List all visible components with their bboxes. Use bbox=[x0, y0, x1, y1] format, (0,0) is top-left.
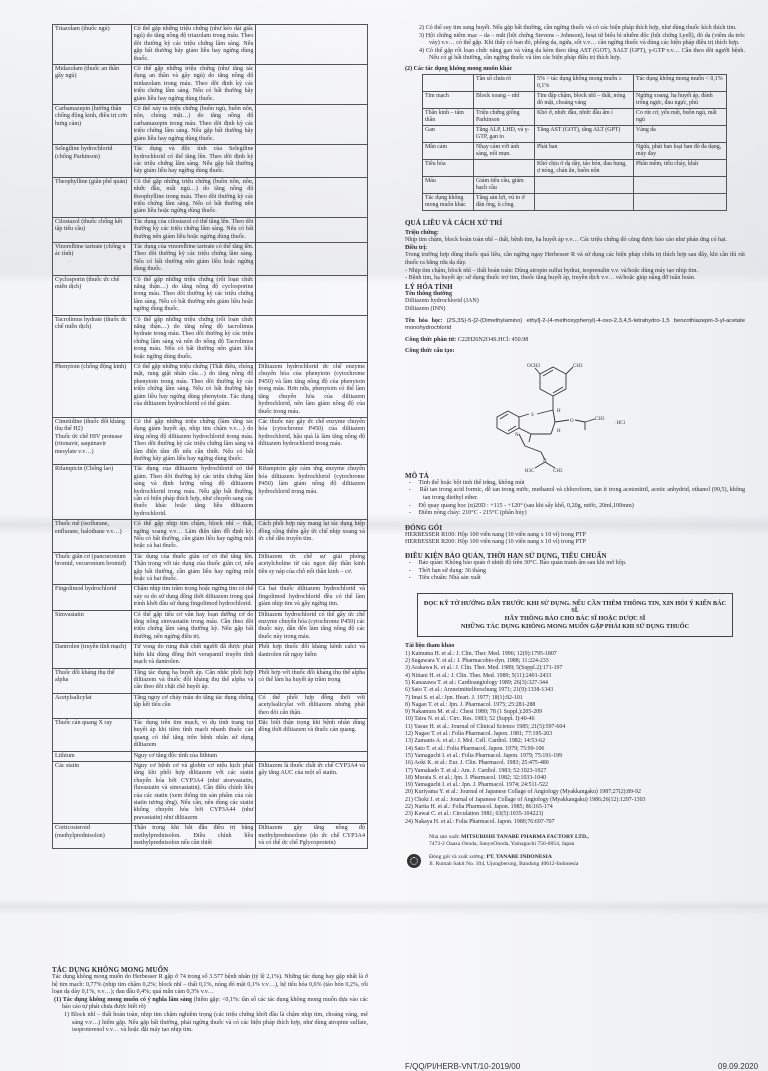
reference-item: 6) Sato T. et al.: Arzneimittelforschung… bbox=[405, 687, 745, 694]
packer-info: Đóng gói và xuất xưởng: PT. TANABE INDON… bbox=[407, 854, 745, 868]
label-hcl: ·HCl bbox=[615, 421, 626, 426]
effect-cell: Có thể gặp nhịp tim chậm, block nhĩ – th… bbox=[131, 520, 256, 553]
effect-cell: Tác dụng của thuốc giãn cơ có thể tăng l… bbox=[131, 552, 256, 585]
mechanism-cell: Các thuốc này gây ức chế enzyme chuyển h… bbox=[256, 417, 368, 464]
tanabe-logo-icon bbox=[407, 854, 421, 868]
mechanism-cell: Phối hợp thuốc đối kháng kênh calci và d… bbox=[256, 643, 368, 668]
ae-system-cell: Mẫn cảm bbox=[423, 142, 474, 159]
ae-value-cell bbox=[474, 159, 535, 176]
effect-cell: Thận trọng khi bắt đầu điều trị bằng met… bbox=[131, 824, 256, 849]
bullet-dash: - bbox=[409, 510, 419, 516]
symptoms-text: Nhịp tim chậm, block hoàn toàn nhĩ – thấ… bbox=[405, 237, 745, 245]
ae-value-cell bbox=[634, 193, 727, 210]
ae-row: Tác dụng không mong muốn khácTăng sản lợ… bbox=[423, 193, 727, 210]
packaging-title: ĐÓNG GÓI bbox=[405, 524, 745, 532]
packaging-r200: HERBESSER R200: Hộp 100 viên nang (10 vi… bbox=[405, 539, 745, 547]
description-item: - Rất tan trong acid formic, dễ tan tron… bbox=[405, 487, 745, 502]
drug-cell: Thuốc mê (isoflurane, enflurane, halotha… bbox=[53, 520, 132, 553]
right-column: 2) Có thể suy tim sung huyết. Nếu gặp bấ… bbox=[405, 0, 745, 868]
bullet-dash: - bbox=[409, 575, 419, 581]
interaction-row: Cimetidine (thuốc đối kháng thụ thể H2) … bbox=[53, 417, 368, 464]
ae-value-cell: Khó ở, nhức đầu, nhức đầu âm ỉ bbox=[535, 108, 634, 125]
description-section: MÔ TẢ - Tinh thể hoặc bột tinh thể trắng… bbox=[405, 472, 745, 518]
storage-item-text: Tiêu chuẩn: Nhà sản xuất bbox=[419, 575, 481, 581]
reference-item: 7) Imai S. et al.: Jpn. Heart. J. 1977; … bbox=[405, 695, 745, 702]
molecular-formula: Công thức phân tử: C22H26N2O4S.HCl: 450.… bbox=[405, 337, 745, 345]
treatment-bullet-1: - Nhịp tim chậm, block nhĩ – thất hoàn t… bbox=[405, 268, 745, 276]
bullet-dash: - bbox=[409, 503, 419, 509]
mechanism-cell bbox=[256, 751, 368, 761]
effect-cell: Có thể gặp những triệu chứng (buồn nôn, … bbox=[131, 177, 256, 217]
interaction-row: Thuốc mê (isoflurane, enflurane, halotha… bbox=[53, 520, 368, 553]
common-name-1: Diltiazem hydrochlorid (JAN) bbox=[405, 298, 745, 306]
structural-formula-diagram: OCH3 CH3 S H H O CH3 ·HCl N N H3C CH3 bbox=[485, 362, 655, 472]
clinical-effects-heading: (1) Tác dụng không mong muốn có ý nghĩa … bbox=[52, 997, 368, 1012]
interaction-row: Rifampicin (Chống lao)Tác dụng của dilti… bbox=[53, 465, 368, 520]
effect-cell: Tác dụng của diltiazem hydrochlorid có t… bbox=[131, 465, 256, 520]
manufacturer-info: Nhà sản xuất: MITSUBISHI TANABE PHARMA F… bbox=[429, 834, 745, 848]
notice-line-1: ĐỌC KỸ TỜ HƯỚNG DẪN TRƯỚC KHI SỬ DỤNG. N… bbox=[422, 600, 728, 615]
drug-cell: Corticosteroid (methylprednisolon) bbox=[53, 824, 132, 849]
interaction-row: Cilostazol (thuốc chống kết tập tiểu cầu… bbox=[53, 217, 368, 242]
drug-cell: Fingolimod hydrochlorid bbox=[53, 585, 132, 610]
ae-value-cell: Tăng sản lợi, vú to ở đàn ông, ù công bbox=[474, 193, 535, 210]
interaction-row: Phenytoin (chống động kinh)Có thể gặp nh… bbox=[53, 363, 368, 418]
maker-label: Nhà sản xuất: bbox=[429, 834, 460, 840]
mechanism-cell bbox=[256, 65, 368, 105]
ae-system-cell: Tim mạch bbox=[423, 91, 474, 108]
treatment-text: Trong trường hợp dùng thuốc quá liều, cầ… bbox=[405, 252, 745, 267]
reference-item: 17) Yamakado T. et al.: Am. J. Cardiol. … bbox=[405, 768, 745, 775]
mechanism-cell: Đặc biệt thận trọng khi bệnh nhân dùng đ… bbox=[256, 718, 368, 751]
effect-cell: Tác dụng và độc tính của Selegiline hydr… bbox=[131, 145, 256, 178]
ae-system-cell: Tác dụng không mong muốn khác bbox=[423, 193, 474, 210]
effect-cell: Chậm nhịp tim trầm trọng hoặc ngừng tim … bbox=[131, 585, 256, 610]
ae-value-cell bbox=[535, 176, 634, 193]
mechanism-cell: Diltiazem hydrochlorid có thể gây ức chế… bbox=[256, 610, 368, 643]
document-date: 09.09.2020 bbox=[718, 1062, 758, 1071]
clinical-item-3: 3) Hội chứng niêm mạc – da – mắt (hội ch… bbox=[417, 33, 745, 48]
description-item-text: Tinh thể hoặc bột tinh thể trắng, không … bbox=[419, 480, 525, 486]
label-n-amine: N bbox=[543, 459, 547, 464]
adverse-effects-intro: Tác dụng không mong muốn do Herbesser R … bbox=[52, 974, 368, 997]
packaging-section: ĐÓNG GÓI HERBESSER R100: Hộp 100 viên na… bbox=[405, 524, 745, 547]
drug-cell: Dantrolen (truyền tĩnh mạch) bbox=[53, 643, 132, 668]
drug-cell: Theophylline (giãn phế quản) bbox=[53, 177, 132, 217]
overdose-title: QUÁ LIỀU VÀ CÁCH XỬ TRÍ bbox=[405, 219, 745, 227]
interaction-row: Corticosteroid (methylprednisolon)Thận t… bbox=[53, 824, 368, 849]
packer-address: Jl. Rumah Sakit No. 104, Ujungberung, Ba… bbox=[429, 861, 578, 868]
ae-value-cell: Giảm tiểu cầu, giảm bạch cầu bbox=[474, 176, 535, 193]
clinical-item-1: 1) Block nhĩ – thất hoàn toàn, nhịp tim … bbox=[52, 1012, 368, 1035]
structure-label: Công thức cấu tạo: bbox=[405, 348, 745, 356]
ae-header-cell: 5% > tác dụng không mong muốn ≥ 0,1% bbox=[535, 74, 634, 91]
mechanism-cell bbox=[256, 177, 368, 217]
mechanism-cell: Cả hai thuốc diltiazem hydrochlorid và f… bbox=[256, 585, 368, 610]
ae-header-cell bbox=[423, 74, 474, 91]
interaction-row: Dantrolen (truyền tĩnh mạch)Tử vong do r… bbox=[53, 643, 368, 668]
chem-name-value: (2S,3S)-5-[2-(Dimethylamino) ethyl]-2-(4… bbox=[405, 318, 745, 332]
storage-item: - Bảo quản: Không bảo quản ở nhiệt độ tr… bbox=[405, 560, 745, 568]
interaction-row: Carbamazepin (hướng thần chống động kinh… bbox=[53, 105, 368, 145]
label-och3: OCH3 bbox=[527, 364, 541, 369]
packer-name: PT. TANABE INDONESIA bbox=[486, 854, 551, 860]
interaction-row: Tacrolimus hydrate (thuốc ức chế miễn dị… bbox=[53, 315, 368, 362]
references-section: Tài liệu tham khảo 1) Kainuma H. et al.:… bbox=[405, 643, 745, 826]
drug-cell: Cimetidine (thuốc đối kháng thụ thể H2) … bbox=[53, 417, 132, 464]
mechanism-cell: Có thể phối hợp đồng thời với acetylsali… bbox=[256, 693, 368, 718]
ae-value-cell: Tăng AST (GOT), tăng ALT (GPT) bbox=[535, 125, 634, 142]
reference-item: 16) Aoki K. et al.: Eur. J. Clin. Pharma… bbox=[405, 760, 745, 767]
ae-row: Mẫn cảmNhạy cảm với ánh sáng, nổi mụn.Ph… bbox=[423, 142, 727, 159]
effect-cell: Có thể xảy ra triệu chứng (buồn ngủ, buồ… bbox=[131, 105, 256, 145]
ae-value-cell: Ngứa, phát ban loại ban đỏ đa dạng, mày … bbox=[634, 142, 727, 159]
effect-cell: Có thể gặp tiêu cơ vân hay loạn dưỡng cơ… bbox=[131, 610, 256, 643]
ae-value-cell: Phân mềm, tiêu chảy, khát bbox=[634, 159, 727, 176]
label-h1: H bbox=[557, 409, 561, 414]
mechanism-cell: Diltiazem là thuốc chất ức chế CYP3A4 và… bbox=[256, 761, 368, 823]
effect-cell: Có thể gặp những triệu chứng (như kéo dà… bbox=[131, 25, 256, 65]
bullet-dash: - bbox=[409, 480, 419, 486]
notice-line-2: HÃY THÔNG BÁO CHO BÁC SĨ HOẶC DƯỢC SĨ bbox=[422, 615, 728, 623]
label-s: S bbox=[531, 413, 534, 418]
clinical-items-list: 2) Có thể suy tim sung huyết. Nếu gặp bấ… bbox=[405, 25, 745, 63]
ae-value-cell: Tăng ALP, LHD, và γ-GTP, gan to bbox=[474, 125, 535, 142]
ae-value-cell bbox=[634, 176, 727, 193]
reference-item: 10) Taira N. et al.: Circ. Res. 1983; 52… bbox=[405, 716, 745, 723]
drug-cell: Cilostazol (thuốc chống kết tập tiểu cầu… bbox=[53, 217, 132, 242]
reference-item: 14) Sato T. et al.: Folia Pharmacol. Jap… bbox=[405, 746, 745, 753]
reference-item: 4) Niitani H. et al.: J. Clin. Ther. Med… bbox=[405, 673, 745, 680]
drug-cell: Lithium bbox=[53, 751, 132, 761]
reference-item: 23) Kawai C. et al.: Circulation 1981; 6… bbox=[405, 811, 745, 818]
label-n-ring: N bbox=[515, 433, 519, 438]
effect-cell: Tăng nguy cơ chảy máu do tăng tác dụng c… bbox=[131, 693, 256, 718]
interaction-row: Triazolam (thuốc ngủ)Có thể gặp những tr… bbox=[53, 25, 368, 65]
ae-row: Tim mạchBlock xoang – nhĩTim đập chậm, b… bbox=[423, 91, 727, 108]
drug-cell: Vinorelbine tartrate (chống u ác tính) bbox=[53, 242, 132, 275]
storage-title: ĐIỀU KIỆN BẢO QUẢN, THỜI HẠN SỬ DỤNG, TI… bbox=[405, 552, 745, 560]
description-title: MÔ TẢ bbox=[405, 472, 745, 480]
ae-header-row: Tần số chưa rõ5% > tác dụng không mong m… bbox=[423, 74, 727, 91]
packer-line: Đóng gói và xuất xưởng: PT. TANABE INDON… bbox=[429, 854, 578, 861]
references-list: 1) Kainuma H. et al.: J. Clin. Ther. Med… bbox=[405, 651, 745, 826]
mechanism-cell bbox=[256, 145, 368, 178]
label-ch3-bottom: CH3 bbox=[553, 469, 563, 472]
maker-name: MITSUBISHI TANABE PHARMA FACTORY LTD., bbox=[461, 834, 589, 840]
effect-cell: Nguy cơ bệnh cơ và globin cơ niệu kịch p… bbox=[131, 761, 256, 823]
drug-interaction-table: Triazolam (thuốc ngủ)Có thể gặp những tr… bbox=[52, 24, 368, 849]
ae-header-cell: Tần số chưa rõ bbox=[474, 74, 535, 91]
clinical-item-4: 4) Có thể gặp rối loạn chức năng gan và … bbox=[417, 48, 745, 63]
mechanism-cell: Diltiazem ức chế sự giải phóng acetylcho… bbox=[256, 552, 368, 585]
interaction-row: Theophylline (giãn phế quản)Có thể gặp n… bbox=[53, 177, 368, 217]
drug-cell: Triazolam (thuốc ngủ) bbox=[53, 25, 132, 65]
clinical-heading-text: (1) Tác dụng không mong muốn có ý nghĩa … bbox=[54, 997, 192, 1003]
document-code: F/QQ/PI/HERB-VNT/10-2019/00 bbox=[405, 1062, 520, 1071]
references-title: Tài liệu tham khảo bbox=[405, 643, 745, 651]
drug-cell: Simvastatin bbox=[53, 610, 132, 643]
packer-label: Đóng gói và xuất xưởng: bbox=[429, 854, 485, 860]
ae-value-cell: Vàng da bbox=[634, 125, 727, 142]
ae-value-cell: Ngừng xoang, hạ huyết áp, đánh trống ngự… bbox=[634, 91, 727, 108]
adverse-effects-title: TÁC DỤNG KHÔNG MONG MUỐN bbox=[52, 966, 368, 974]
reference-item: 13) Zamanis A. et al.: J. Mol. Cell. Car… bbox=[405, 738, 745, 745]
bullet-dash: - bbox=[409, 560, 419, 566]
reference-item: 24) Nakaya H. et al.: Folia Pharmacol. J… bbox=[405, 819, 745, 826]
ae-system-cell: Thần kinh – tâm thần bbox=[423, 108, 474, 125]
mechanism-cell bbox=[256, 242, 368, 275]
effect-cell: Tăng tác dụng hạ huyết áp. Cân nhắc phối… bbox=[131, 668, 256, 693]
mechanism-cell bbox=[256, 105, 368, 145]
mechanism-cell bbox=[256, 25, 368, 65]
effect-cell: Có thể gặp những triệu chứng (rối loạn c… bbox=[131, 275, 256, 315]
bullet-dash: - bbox=[409, 568, 419, 574]
description-item-text: Độ quay quang học (α)20D : +115 - +120° … bbox=[419, 503, 634, 509]
ae-value-cell: Block xoang – nhĩ bbox=[474, 91, 535, 108]
ae-system-cell: Máu bbox=[423, 176, 474, 193]
effect-cell: Tác dụng của cilostazol có thể tăng lên.… bbox=[131, 217, 256, 242]
reference-item: 21) Choki J. et al.: Journal of Japanese… bbox=[405, 797, 745, 804]
reference-item: 20) Kuriyama Y. et al.: Journal of Japan… bbox=[405, 789, 745, 796]
storage-item-text: Thời hạn sử dụng: 36 tháng bbox=[419, 568, 486, 574]
label-h2: H bbox=[557, 429, 561, 434]
clinical-item-2: 2) Có thể suy tim sung huyết. Nếu gặp bấ… bbox=[417, 25, 745, 33]
drug-cell: Các statin bbox=[53, 761, 132, 823]
drug-cell: Acetylsalicylat bbox=[53, 693, 132, 718]
ae-row: GanTăng ALP, LHD, và γ-GTP, gan toTăng A… bbox=[423, 125, 727, 142]
ae-value-cell: Phát ban bbox=[535, 142, 634, 159]
label-ch3-top: CH3 bbox=[573, 364, 583, 369]
mechanism-cell: Rifampicin gây cảm ứng enzyme chuyển hóa… bbox=[256, 465, 368, 520]
ae-value-cell: Co rút cơ, yếu mệt, buồn ngủ, mất ngủ bbox=[634, 108, 727, 125]
bullet-dash: - bbox=[409, 487, 420, 493]
interaction-row: Selegiline hydrochlorid (chống Parkinson… bbox=[53, 145, 368, 178]
formula-label: Công thức phân tử: bbox=[405, 337, 456, 343]
drug-cell: Carbamazepin (hướng thần chống động kinh… bbox=[53, 105, 132, 145]
interaction-row: Thuốc giãn cơ (pancuronium bromid, vecur… bbox=[53, 552, 368, 585]
drug-cell: Thuốc giãn cơ (pancuronium bromid, vecur… bbox=[53, 552, 132, 585]
mechanism-cell: Diltiazem hydrochlorid ức chế enzyme chu… bbox=[256, 363, 368, 418]
reference-item: 1) Kainuma H. et al.: J. Clin. Ther. Med… bbox=[405, 651, 745, 658]
interaction-row: AcetylsalicylatTăng nguy cơ chảy máu do … bbox=[53, 693, 368, 718]
ae-value-cell bbox=[535, 193, 634, 210]
label-h3c: H3C bbox=[525, 469, 535, 472]
effect-cell: Có thể gặp những triệu chứng (như tăng t… bbox=[131, 65, 256, 105]
interaction-row: LithiumNguy cơ tăng độc tính của lithium bbox=[53, 751, 368, 761]
reference-item: 3) Arakawa K. et al.: J. Clin. Ther. Med… bbox=[405, 665, 745, 672]
manufacturer-line: Nhà sản xuất: MITSUBISHI TANABE PHARMA F… bbox=[429, 834, 745, 841]
other-adverse-effects-table: Tần số chưa rõ5% > tác dụng không mong m… bbox=[422, 74, 727, 211]
reference-item: 11) Yasue H. et al.: Journal of Clinical… bbox=[405, 724, 745, 731]
label-o: O bbox=[570, 419, 574, 424]
effect-cell: Có thể gặp những triệu chứng (Thất điều,… bbox=[131, 363, 256, 418]
ae-system-cell: Gan bbox=[423, 125, 474, 142]
storage-item: - Tiêu chuẩn: Nhà sản xuất bbox=[405, 575, 745, 583]
formula-value: C22H26N2O4S.HCl: 450.98 bbox=[458, 337, 529, 343]
interaction-row: Cyclosporin (thuốc ức chế miễn dịch)Có t… bbox=[53, 275, 368, 315]
interaction-row: Midazolam (thuốc an thần gây ngủ)Có thể … bbox=[53, 65, 368, 105]
treatment-bullet-2: - Bệnh tim, hạ huyết áp: sử dụng thuốc t… bbox=[405, 275, 745, 283]
effect-cell: Tác dụng của vinorelbine tartrate có thể… bbox=[131, 242, 256, 275]
chemical-name: Tên hóa học: (2S,3S)-5-[2-(Dimethylamino… bbox=[405, 318, 745, 333]
effect-cell: Tử vong do rung thất chết người đã được … bbox=[131, 643, 256, 668]
mechanism-cell bbox=[256, 217, 368, 242]
ae-value-cell: Triệu chứng giống Parkinson bbox=[474, 108, 535, 125]
ae-value-cell: Nhạy cảm với ánh sáng, nổi mụn. bbox=[474, 142, 535, 159]
drug-cell: Phenytoin (chống động kinh) bbox=[53, 363, 132, 418]
drug-cell: Rifampicin (Chống lao) bbox=[53, 465, 132, 520]
storage-item-text: Bảo quản: Không bảo quản ở nhiệt độ trên… bbox=[419, 560, 627, 566]
physchem-section: LÝ HÓA TÍNH Tên thông thường Diltiazem h… bbox=[405, 283, 745, 472]
description-item-text: Rất tan trong acid formic, dễ tan trong … bbox=[420, 487, 745, 501]
ae-system-cell: Tiêu hóa bbox=[423, 159, 474, 176]
ae-header-cell: Tác dụng không mong muốn < 0,1% bbox=[634, 74, 727, 91]
interaction-row: Fingolimod hydrochloridChậm nhịp tim trầ… bbox=[53, 585, 368, 610]
ae-row: Thần kinh – tâm thầnTriệu chứng giống Pa… bbox=[423, 108, 727, 125]
mechanism-cell bbox=[256, 275, 368, 315]
overdose-section: QUÁ LIỀU VÀ CÁCH XỬ TRÍ Triệu chứng: Nhị… bbox=[405, 219, 745, 283]
ae-value-cell: Khó chịu ở dạ dày, táo bón, đau bụng, ợ … bbox=[535, 159, 634, 176]
effect-cell: Có thể gặp những triệu chứng (rối loạn c… bbox=[131, 315, 256, 362]
notice-line-3: NHỮNG TÁC DỤNG KHÔNG MONG MUỐN GẶP PHẢI … bbox=[422, 623, 728, 631]
adverse-effects-section: TÁC DỤNG KHÔNG MONG MUỐN Tác dụng không … bbox=[52, 966, 368, 1035]
mechanism-cell: Cách phối hợp này mang lại tác dụng hiệp… bbox=[256, 520, 368, 553]
description-item-text: Điểm nóng chảy: 210°C - 215°C (phân hủy) bbox=[419, 510, 527, 516]
mechanism-cell: Diltiazem gây tăng nồng độ methylprednis… bbox=[256, 824, 368, 849]
effect-cell: Nguy cơ tăng độc tính của lithium bbox=[131, 751, 256, 761]
common-name-2: Diltiazem (INN) bbox=[405, 306, 745, 314]
ae-row: MáuGiảm tiểu cầu, giảm bạch cầu bbox=[423, 176, 727, 193]
drug-cell: Thuốc đối kháng thụ thể alpha bbox=[53, 668, 132, 693]
maker-address: 7473-2 Oaaza Onoda, SanyoOnoda, Yamaguch… bbox=[429, 841, 745, 848]
physchem-title: LÝ HÓA TÍNH bbox=[405, 283, 745, 291]
mechanism-cell bbox=[256, 315, 368, 362]
interaction-row: Vinorelbine tartrate (chống u ác tính)Tá… bbox=[53, 242, 368, 275]
effect-cell: Có thể gặp những triệu chứng (làm tăng t… bbox=[131, 417, 256, 464]
drug-cell: Thuốc cản quang X ray bbox=[53, 718, 132, 751]
drug-cell: Tacrolimus hydrate (thuốc ức chế miễn dị… bbox=[53, 315, 132, 362]
drug-cell: Selegiline hydrochlorid (chống Parkinson… bbox=[53, 145, 132, 178]
effect-cell: Tác dụng trên tim mạch, ví dụ tình trạng… bbox=[131, 718, 256, 751]
ae-value-cell: Tim đập chậm, block nhĩ – thất, nóng đỏ … bbox=[535, 91, 634, 108]
drug-cell: Cyclosporin (thuốc ức chế miễn dịch) bbox=[53, 275, 132, 315]
read-carefully-notice: ĐỌC KỸ TỜ HƯỚNG DẪN TRƯỚC KHI SỬ DỤNG. N… bbox=[417, 593, 733, 637]
storage-section: ĐIỀU KIỆN BẢO QUẢN, THỜI HẠN SỬ DỤNG, TI… bbox=[405, 552, 745, 583]
interaction-row: Thuốc cản quang X rayTác dụng trên tim m… bbox=[53, 718, 368, 751]
label-ch3-acetyl: CH3 bbox=[595, 417, 605, 422]
interaction-row: SimvastatinCó thể gặp tiêu cơ vân hay lo… bbox=[53, 610, 368, 643]
interaction-row: Thuốc đối kháng thụ thể alphaTăng tác dụ… bbox=[53, 668, 368, 693]
interaction-row: Các statinNguy cơ bệnh cơ và globin cơ n… bbox=[53, 761, 368, 823]
drug-cell: Midazolam (thuốc an thần gây ngủ) bbox=[53, 65, 132, 105]
ae-row: Tiêu hóaKhó chịu ở dạ dày, táo bón, đau … bbox=[423, 159, 727, 176]
other-effects-heading: (2) Các tác dụng không mong muốn khác bbox=[405, 66, 745, 74]
chem-name-label: Tên hóa học: bbox=[405, 318, 442, 324]
description-item: - Điểm nóng chảy: 210°C - 215°C (phân hủ… bbox=[405, 510, 745, 518]
mechanism-cell: Phối hợp với thuốc đối kháng thụ thể alp… bbox=[256, 668, 368, 693]
